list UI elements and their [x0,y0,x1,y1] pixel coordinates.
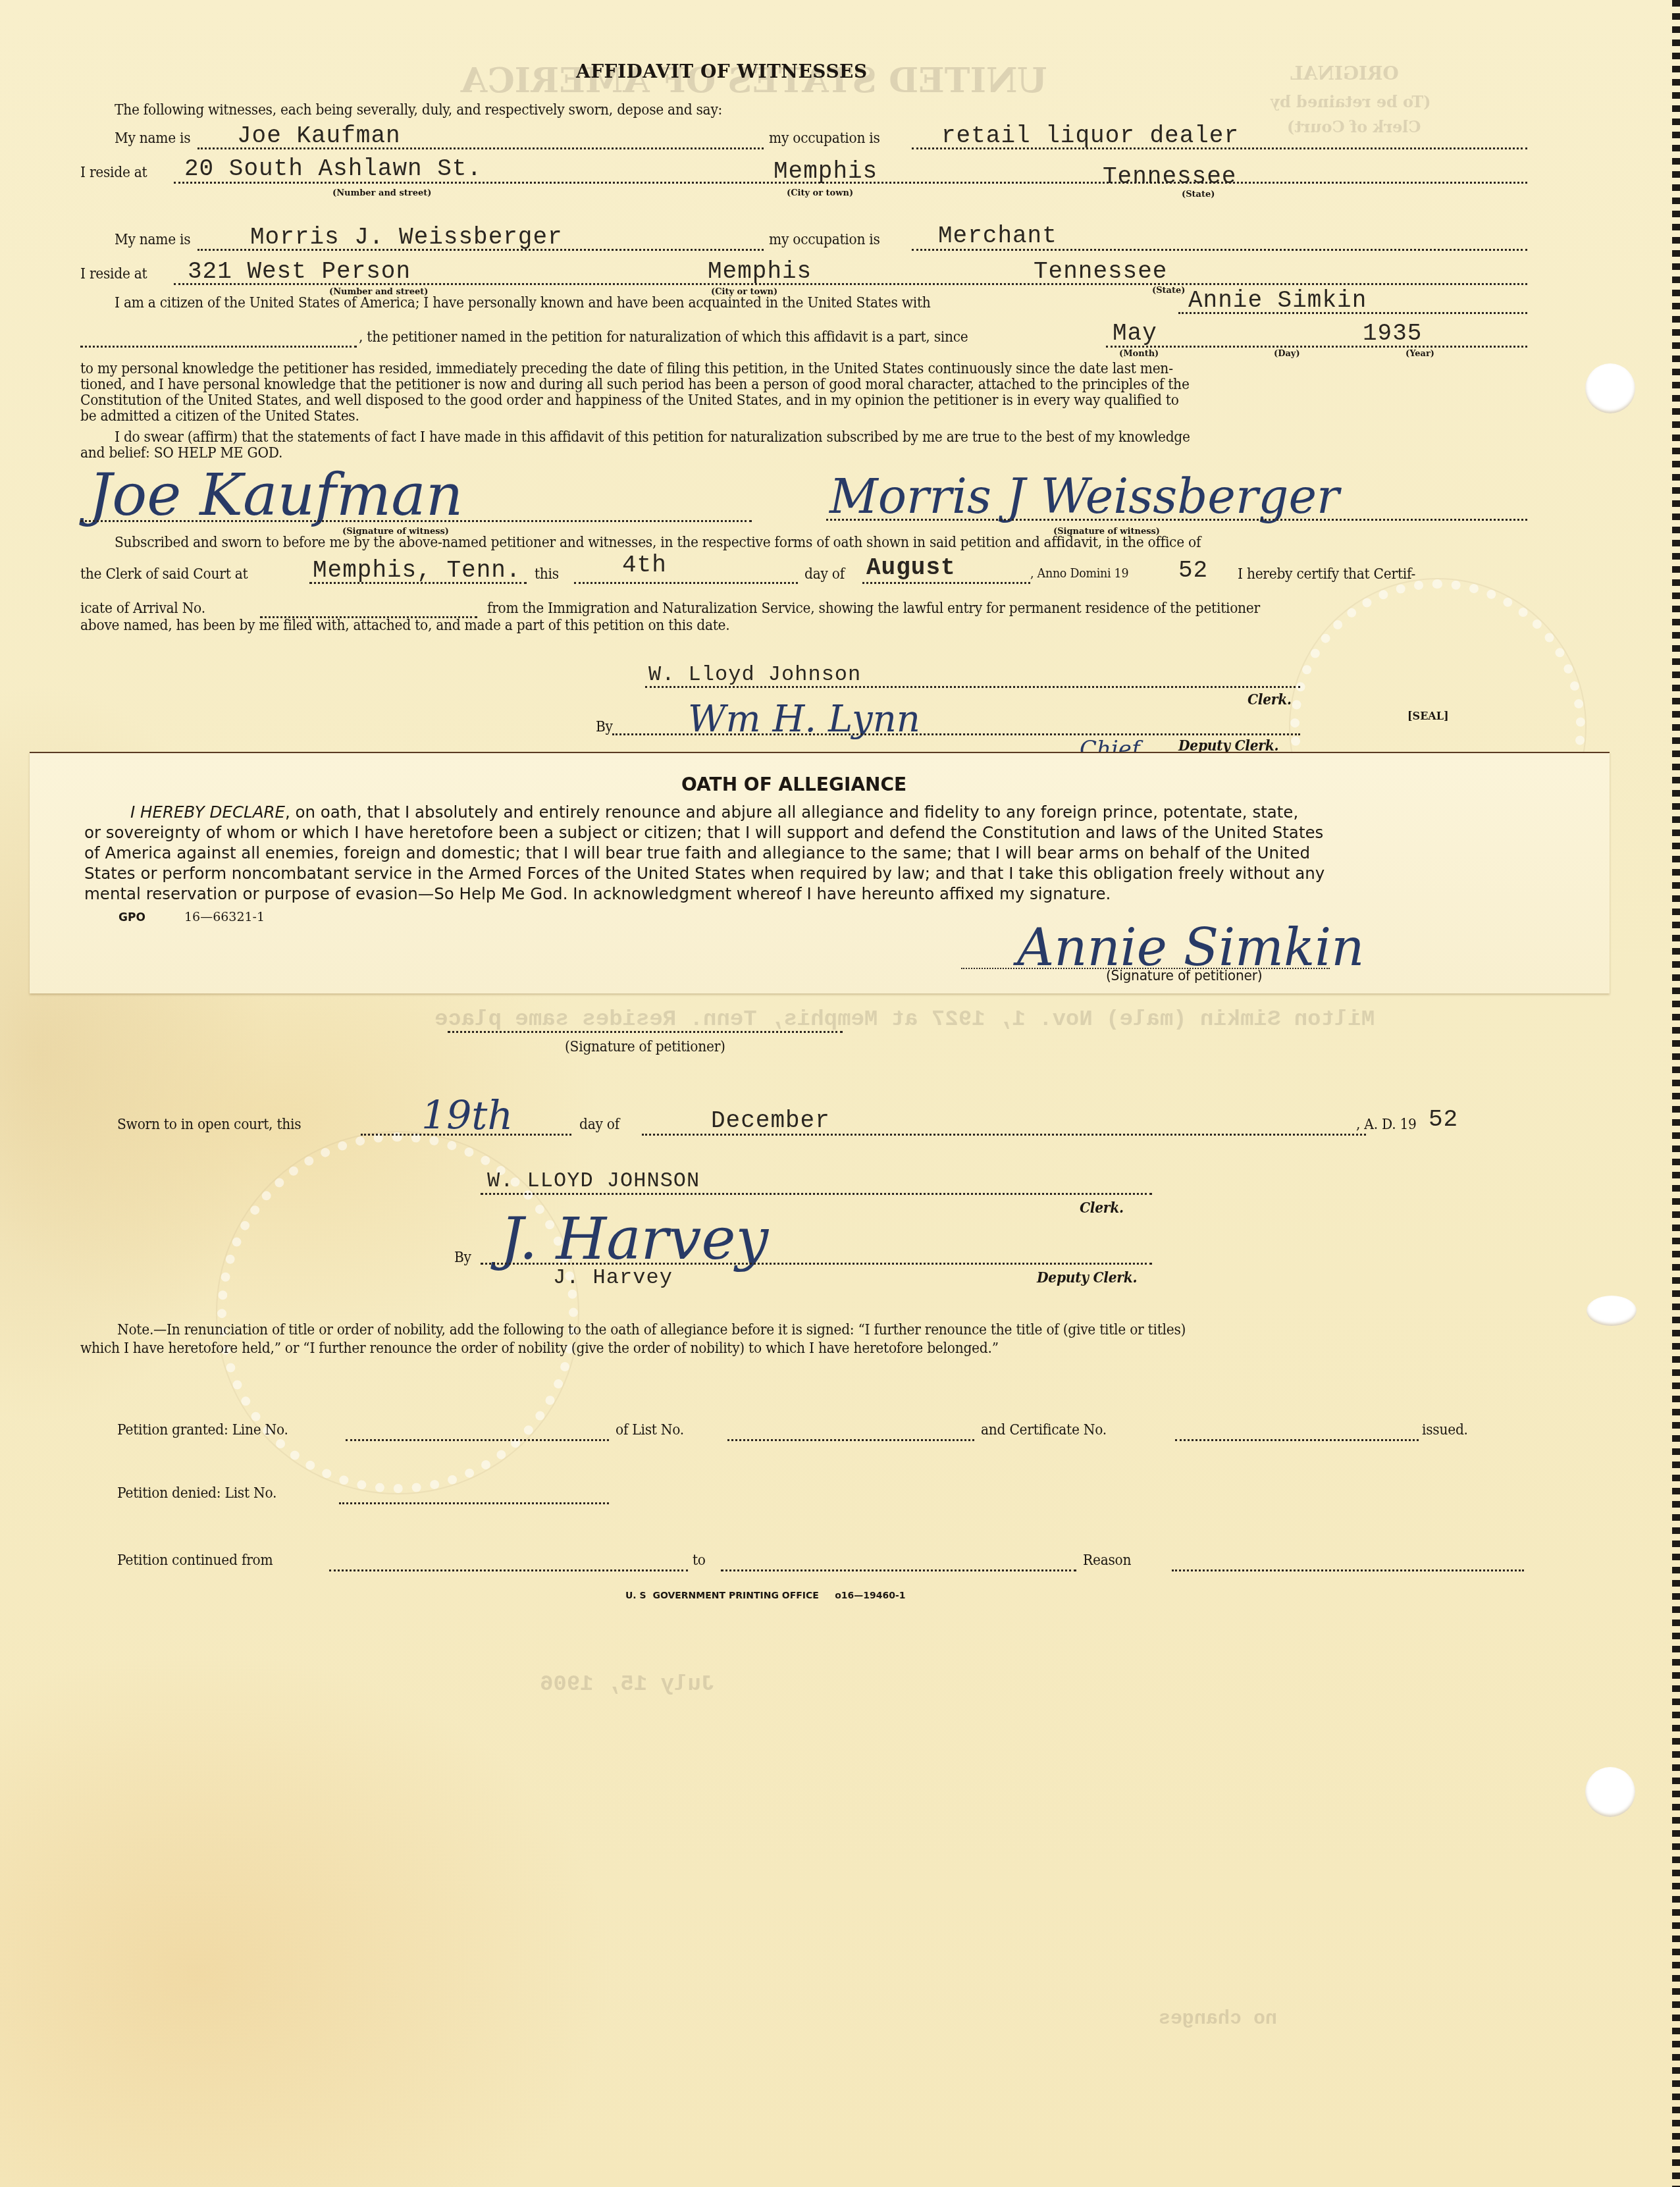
witness-1-city[interactable]: Memphis [774,158,878,185]
certificate-issued-line [1175,1439,1419,1441]
witness-1-signature-line [80,520,752,522]
document-page [0,0,1680,2187]
ghost-corner-3: Clerk of Court) [1287,117,1421,136]
court-deputy-label: Deputy Clerk. [1037,1269,1137,1286]
label-occupation-1: my occupation is [769,130,880,147]
body-line-2: tioned, and I have personal knowledge th… [80,377,1190,393]
sworn-year[interactable]: 52 [1178,557,1208,584]
denied-label: Petition denied: List No. [117,1485,276,1502]
gpo-number: 16—66321-1 [184,910,265,924]
punch-hole-2 [1587,1296,1637,1326]
body-line-4: be admitted a citizen of the United Stat… [80,408,359,425]
sworn-open-court-label: Sworn to in open court, this [117,1117,301,1133]
witness-1-occupation[interactable]: retail liquor dealer [941,122,1239,149]
swear-line-2: and belief: SO HELP ME GOD. [80,445,282,461]
oath-line-1-text: , on oath, that I absolutely and entirel… [285,803,1298,822]
clerk-at-label: the Clerk of said Court at [80,566,248,583]
anno-domini-label: , Anno Domini 19 [1030,566,1128,581]
since-year[interactable]: 1935 [1363,320,1422,347]
court-clerk-name: W. LLOYD JOHNSON [487,1169,700,1193]
since-date-line [1106,346,1527,348]
reason-label: Reason [1083,1552,1131,1569]
citizen-text: I am a citizen of the United States of A… [115,295,931,311]
certificate-no-label: and Certificate No. [981,1422,1107,1438]
certificate-label: icate of Arrival No. [80,600,205,617]
continued-from-line [329,1569,688,1571]
witness-1-signature: Joe Kaufman [89,461,463,529]
certificate-text: from the Immigration and Naturalization … [487,600,1260,617]
witness-2-signature: Morris J Weissberger [829,469,1339,524]
oath-line-3: of America against all enemies, foreign … [84,843,1310,863]
label-day: (Day) [1274,349,1300,359]
witness-2-state[interactable]: Tennessee [1034,258,1167,285]
sworn-month-line [862,582,1030,584]
clerk-line [645,686,1300,688]
subscribed-line: Subscribed and sworn to before me by the… [115,535,1201,551]
label-city-1: (City or town) [787,188,853,198]
witness-2-occupation[interactable]: Merchant [938,223,1057,250]
deputy-line [612,733,1300,735]
witness-1-name[interactable]: Joe Kaufman [237,122,401,149]
label-my-name-1: My name is [115,130,190,147]
of-list-label: of List No. [616,1422,684,1438]
ghost-reverse-note: no changes [1159,2008,1277,2030]
punch-hole-3 [1585,1767,1635,1817]
label-year: (Year) [1405,349,1434,359]
granted-label: Petition granted: Line No. [117,1422,288,1438]
oath-line-5: mental reservation or purpose of evasion… [84,883,1111,904]
oath-line-2: or sovereignty of whom or which I have h… [84,822,1323,843]
court-signature-label: (Signature of petitioner) [565,1039,725,1055]
witness-2-signature-line [826,519,1527,521]
court-location[interactable]: Memphis, Tenn. [313,557,521,584]
sworn-day[interactable]: 4th [622,552,667,579]
label-number-street-1: (Number and street) [332,188,431,198]
court-clerk-label: Clerk. [1080,1199,1124,1217]
petitioner-continued-line [80,346,357,348]
oath-line-4: States or perform noncombatant service i… [84,863,1325,883]
witness-2-city[interactable]: Memphis [708,258,812,285]
label-my-name-2: My name is [115,232,190,248]
oath-lead: I HEREBY DECLARE [130,803,285,822]
court-deputy-line [481,1263,1152,1265]
issued-label: issued. [1422,1422,1468,1438]
ghost-reverse-date: July 15, 1906 [540,1672,714,1697]
certify-text: I hereby certify that Certif- [1238,566,1415,583]
note-line-1: Note.—In renunciation of title or order … [117,1322,1186,1338]
this-label: this [535,566,559,583]
seal-label: [SEAL] [1407,710,1449,722]
label-occupation-2: my occupation is [769,232,880,248]
of-list-line [727,1439,974,1441]
punch-hole-1 [1585,363,1635,413]
court-sworn-month[interactable]: December [711,1107,830,1134]
ghost-corner-1: ORIGINAL [1290,63,1399,84]
body-line-1: to my personal knowledge the petitioner … [80,361,1173,377]
court-sworn-day: 19th [421,1093,513,1139]
label-state-1: (State) [1182,190,1215,199]
label-reside-2: I reside at [80,266,147,282]
swear-line-1: I do swear (affirm) that the statements … [115,429,1190,446]
reason-line [1172,1569,1524,1571]
granted-line-no-line [346,1439,609,1441]
court-day-of-label: day of [579,1117,619,1133]
court-deputy-typed: J. Harvey [553,1265,673,1290]
denied-list-line [339,1502,609,1504]
by-label: By [596,719,613,735]
petitioner-since-text: , the petitioner named in the petition f… [359,329,968,346]
label-reside-1: I reside at [80,165,147,181]
oath-title: OATH OF ALLEGIANCE [681,774,906,795]
label-month: (Month) [1119,349,1159,359]
petitioner-name[interactable]: Annie Simkin [1188,287,1367,314]
continued-to-line [721,1569,1076,1571]
day-of-label: day of [804,566,845,583]
ghost-corner-2: (To be retained by [1271,92,1431,111]
clerk-name: W. Lloyd Johnson [648,662,861,687]
since-month[interactable]: May [1113,320,1157,347]
witness-2-name[interactable]: Morris J. Weissberger [250,224,563,251]
body-line-3: Constitution of the United States, and w… [80,392,1179,409]
clerk-label: Clerk. [1247,691,1292,708]
court-clerk-line [481,1193,1152,1195]
oath-line-1: I HEREBY DECLARE, on oath, that I absolu… [130,802,1298,822]
witness-2-street[interactable]: 321 West Person [188,258,411,285]
court-sworn-year[interactable]: 52 [1429,1106,1458,1133]
ghost-mid-line: Milton Simkin (male) Nov. 1, 1927 at Mem… [434,1007,1375,1032]
sworn-day-line [574,582,798,584]
witness-1-state[interactable]: Tennessee [1103,163,1236,190]
printing-office: U. S GOVERNMENT PRINTING OFFICE o16—1946… [625,1591,906,1601]
oath-signature-label: (Signature of petitioner) [1106,968,1262,984]
label-state-2: (State) [1152,286,1185,296]
court-signature-line [448,1031,843,1033]
affidavit-title: AFFIDAVIT OF WITNESSES [576,61,868,82]
witness-1-street[interactable]: 20 South Ashlawn St. [184,155,482,182]
to-label: to [693,1552,706,1569]
note-line-2: which I have heretofore held,” or “I fur… [80,1340,999,1357]
perforated-edge [1672,0,1680,2187]
affidavit-intro: The following witnesses, each being seve… [115,102,722,119]
gpo-label: GPO [118,911,145,924]
above-named-text: above named, has been by me filed with, … [80,618,729,634]
continued-label: Petition continued from [117,1552,273,1569]
ad-label: , A. D. 19 [1356,1117,1417,1133]
sworn-month[interactable]: August [866,554,956,581]
court-by-label: By [454,1250,471,1266]
